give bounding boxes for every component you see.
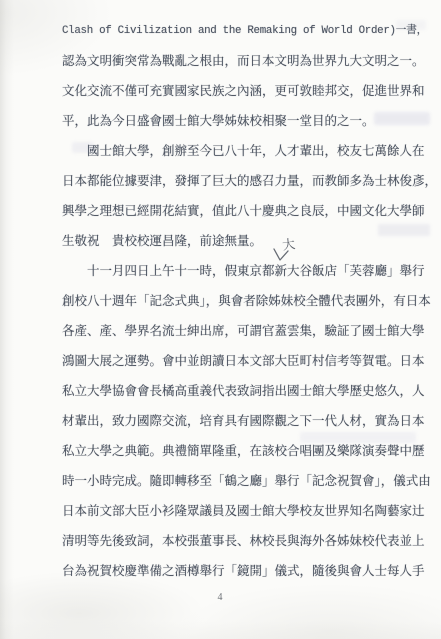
- text-line: 台為祝賀校慶準備之酒樽舉行「鏡開」儀式，隨後與會人士每人手: [62, 556, 418, 586]
- page-number: 4: [0, 592, 441, 603]
- text-line: 日本前文部大臣小衫隆眾議員及國士館大學校友世界知名陶藝家辻: [62, 496, 418, 526]
- insertion-caret-icon: [272, 248, 290, 262]
- text-line: 生敬祝 貴校校運昌隆，前途無量。: [62, 226, 418, 256]
- scanned-document-page: Clash of Civilization and the Remaking o…: [0, 0, 441, 639]
- handwritten-insertion: 大: [270, 236, 304, 268]
- text-line: 興學之理想已經開花結實，值此八十慶典之良辰，中國文化大學師: [62, 196, 418, 226]
- document-body: Clash of Civilization and the Remaking o…: [62, 16, 418, 586]
- text-line: 私立大學之典範。典禮簡單隆重，在該校合唱團及樂隊演奏聲中歷: [62, 436, 418, 466]
- text-line: 清明等先後致詞，本校張董事長、林校長與海外各姊妹校代表並上: [62, 526, 418, 556]
- text-line: 認為文明衝突常為戰亂之根由，而日本文明為世界九大文明之一。: [62, 46, 418, 76]
- text-line: 時一小時完成。隨即轉移至「鶴之廳」舉行「記念祝賀會」，儀式由: [62, 466, 418, 496]
- text-line: 創校八十週年「記念式典」，與會者除姊妹校全體代表團外，有日本: [62, 286, 418, 316]
- text-line: 國士館大學，創辦至今已八十年，人才輩出，校友七萬餘人在: [62, 136, 418, 166]
- text-line: 鴻圖大展之運勢。會中並朗讀日本文部大臣町村信考等賀電。日本: [62, 346, 418, 376]
- text-line: 私立大學協會會長橘高重義代表致詞指出國士館大學歷史悠久，人: [62, 376, 418, 406]
- text-line: 十一月四日上午十一時，假東京都新大谷飯店「芙蓉廳」舉行: [62, 256, 418, 286]
- text-line: 日本都能位據要津，發揮了巨大的感召力量，而教師多為士林俊彥，: [62, 166, 418, 196]
- text-line: Clash of Civilization and the Remaking o…: [62, 16, 418, 46]
- text-line: 文化交流不僅可充實國家民族之內涵，更可敦睦邦交，促進世界和: [62, 76, 418, 106]
- text-line: 材輩出，致力國際交流，培育具有國際觀之下一代人材，實為日本: [62, 406, 418, 436]
- text-line: 各產、產、學界名流士紳出席，可謂官蓋雲集，驗証了國士館大學: [62, 316, 418, 346]
- text-line: 平，此為今日盛會國士館大學姊妹校相聚一堂目的之一。: [62, 106, 418, 136]
